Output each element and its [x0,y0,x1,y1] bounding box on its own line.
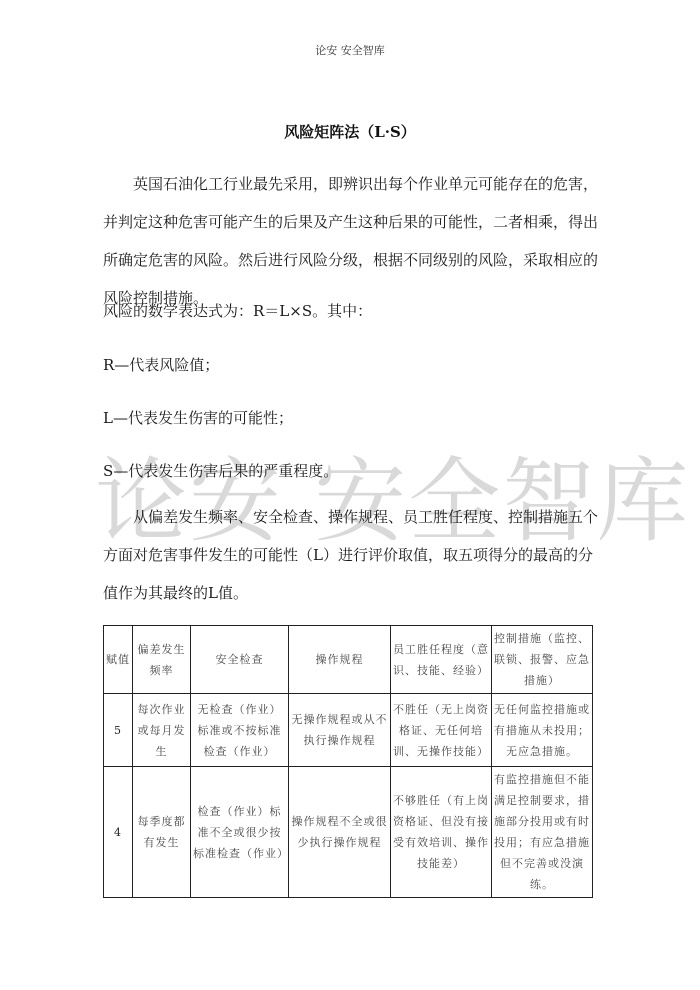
definition-l: L—代表发生伤害的可能性； [103,407,293,428]
definition-s: S—代表发生伤害后果的严重程度。 [103,460,338,481]
header-competence: 员工胜任程度（意识、技能、经验） [391,626,492,694]
page-header: 论安 安全智库 [0,42,700,58]
l-evaluation-paragraph: 从偏差发生频率、安全检查、操作规程、员工胜任程度、控制措施五个方面对危害事件发生… [103,498,603,612]
cell-control: 有监控措施但不能满足控制要求，措施部分投用或有时投用；有应急措施但不完善或没演练… [492,767,593,898]
cell-procedure: 操作规程不全或很少执行操作规程 [289,767,391,898]
cell-inspection: 检查（作业）标准不全或很少按标准检查（作业） [191,767,289,898]
cell-frequency: 每次作业或每月发生 [133,694,191,767]
header-frequency: 偏差发生频率 [133,626,191,694]
page-title: 风险矩阵法（L·S） [0,121,700,142]
header-control: 控制措施（监控、联锁、报警、应急措施） [492,626,593,694]
cell-competence: 不胜任（无上岗资格证、无任何培训、无操作技能） [391,694,492,767]
cell-procedure: 无操作规程或从不执行操作规程 [289,694,391,767]
cell-frequency: 每季度都有发生 [133,767,191,898]
table-row: 4 每季度都有发生 检查（作业）标准不全或很少按标准检查（作业） 操作规程不全或… [104,767,593,898]
cell-inspection: 无检查（作业）标准或不按标准检查（作业） [191,694,289,767]
cell-value: 5 [104,694,133,767]
definition-r: R—代表风险值； [103,354,219,375]
table-header-row: 赋值 偏差发生频率 安全检查 操作规程 员工胜任程度（意识、技能、经验） 控制措… [104,626,593,694]
likelihood-table: 赋值 偏差发生频率 安全检查 操作规程 员工胜任程度（意识、技能、经验） 控制措… [103,625,593,898]
table-row: 5 每次作业或每月发生 无检查（作业）标准或不按标准检查（作业） 无操作规程或从… [104,694,593,767]
header-value: 赋值 [104,626,133,694]
cell-control: 无任何监控措施或有措施从未投用；无应急措施。 [492,694,593,767]
intro-paragraph: 英国石油化工行业最先采用，即辨识出每个作业单元可能存在的危害，并判定这种危害可能… [103,165,603,317]
header-procedure: 操作规程 [289,626,391,694]
cell-competence: 不够胜任（有上岗资格证、但没有接受有效培训、操作技能差） [391,767,492,898]
formula-line: 风险的数学表达式为：R＝L×S。其中： [103,300,372,321]
header-inspection: 安全检查 [191,626,289,694]
cell-value: 4 [104,767,133,898]
